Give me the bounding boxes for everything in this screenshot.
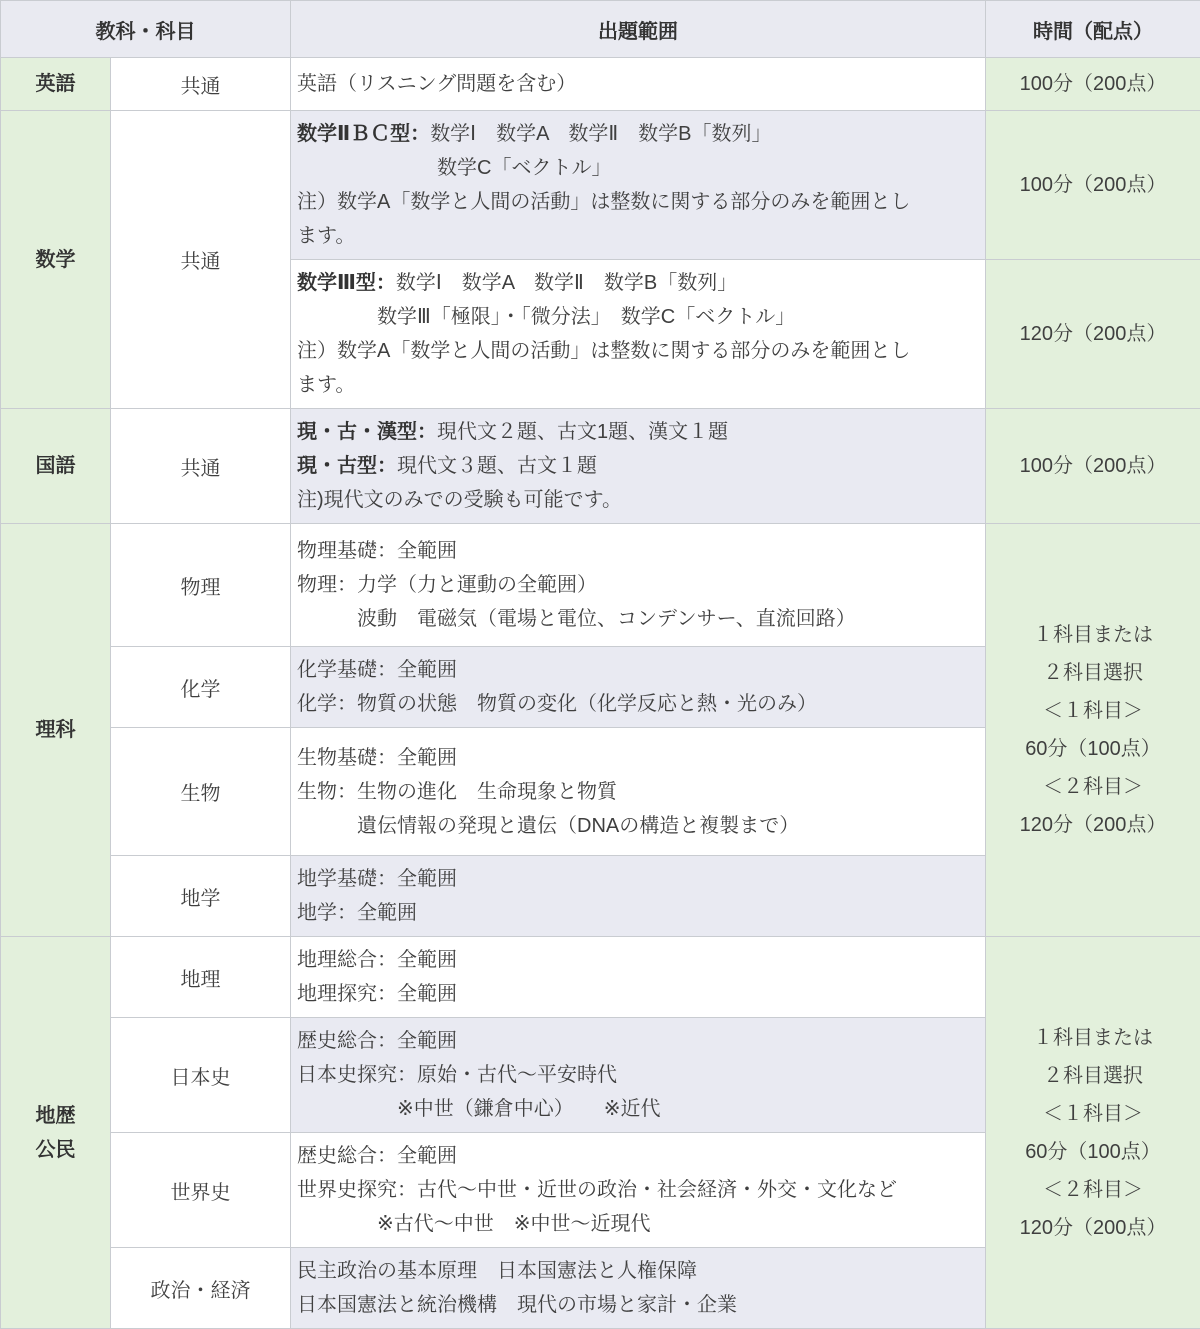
subject-label: 地歴 <box>2 1099 109 1133</box>
range-line-text: ます。 <box>297 225 355 247</box>
time-line: ２科目選択 <box>987 1057 1199 1095</box>
range-cell: 歴史総合：全範囲日本史探究：原始・古代～平安時代 ※中世（鎌倉中心） ※近代 <box>291 1018 986 1133</box>
range-line: ます。 <box>297 219 979 253</box>
range-line-text: 英語（リスニング問題を含む） <box>297 73 576 95</box>
time-line: ＜１科目＞ <box>987 1095 1199 1133</box>
course-cell: 日本史 <box>111 1018 291 1133</box>
range-line-text: 物理：力学（力と運動の全範囲） <box>297 574 597 596</box>
course-cell: 化学 <box>111 647 291 728</box>
table-row: 数学共通数学ⅡＢＣ型：数学Ⅰ 数学A 数学Ⅱ 数学B「数列」 数学C「ベクトル」… <box>1 111 1200 260</box>
subject-group-cell: 地歴公民 <box>1 937 111 1329</box>
subject-group-cell: 理科 <box>1 524 111 937</box>
time-line: １科目または <box>987 1019 1199 1057</box>
range-line: 注)現代文のみでの受験も可能です。 <box>297 483 979 517</box>
range-line: 地学：全範囲 <box>297 896 979 930</box>
range-line-text: 地学基礎：全範囲 <box>297 868 457 890</box>
range-line-text: 世界史探究：古代～中世・近世の政治・社会経済・外交・文化など <box>297 1179 897 1201</box>
range-cell: 地学基礎：全範囲地学：全範囲 <box>291 856 986 937</box>
range-line-type-label: 現・古・漢型： <box>297 421 437 443</box>
range-line: 注）数学A「数学と人間の活動」は整数に関する部分のみを範囲とし <box>297 334 979 368</box>
range-line: 日本史探究：原始・古代～平安時代 <box>297 1058 979 1092</box>
subject-label: 公民 <box>2 1133 109 1167</box>
time-cell: 100分（200点） <box>986 58 1200 111</box>
range-line-text: 歴史総合：全範囲 <box>297 1145 457 1167</box>
range-cell: 英語（リスニング問題を含む） <box>291 58 986 111</box>
table-header: 教科・科目 出題範囲 時間（配点） <box>1 1 1200 58</box>
header-range-column: 出題範囲 <box>291 1 986 58</box>
range-line-text: 注）数学A「数学と人間の活動」は整数に関する部分のみを範囲とし <box>297 340 910 362</box>
time-cell: 100分（200点） <box>986 409 1200 524</box>
subject-label: 理科 <box>2 713 109 747</box>
range-line: 数学Ⅲ「極限」・「微分法」 数学C「ベクトル」 <box>297 300 979 334</box>
range-line: 地学基礎：全範囲 <box>297 862 979 896</box>
range-line: 日本国憲法と統治機構 現代の市場と家計・企業 <box>297 1288 979 1322</box>
range-line: ※中世（鎌倉中心） ※近代 <box>297 1092 979 1126</box>
course-cell: 世界史 <box>111 1133 291 1248</box>
range-line-text: ※古代～中世 ※中世～近現代 <box>297 1213 651 1235</box>
range-line-text: 数学Ⅲ「極限」・「微分法」 数学C「ベクトル」 <box>297 306 795 328</box>
range-line-type-label: 数学ⅡＢＣ型： <box>297 123 430 145</box>
subject-group-cell: 英語 <box>1 58 111 111</box>
range-line-text: 地学：全範囲 <box>297 902 417 924</box>
range-line: 歴史総合：全範囲 <box>297 1024 979 1058</box>
table-body: 英語共通英語（リスニング問題を含む）100分（200点）数学共通数学ⅡＢＣ型：数… <box>1 58 1200 1329</box>
course-cell: 地理 <box>111 937 291 1018</box>
table-row: 地歴公民地理地理総合：全範囲地理探究：全範囲１科目または２科目選択＜１科目＞60… <box>1 937 1200 1018</box>
range-line-text: 地理総合：全範囲 <box>297 949 457 971</box>
time-line: 60分（100点） <box>987 730 1199 768</box>
range-line: 現・古型：現代文３題、古文１題 <box>297 449 979 483</box>
range-line: 物理：力学（力と運動の全範囲） <box>297 568 979 602</box>
range-line: ます。 <box>297 368 979 402</box>
range-line-text: 数学Ⅰ 数学A 数学Ⅱ 数学B「数列」 <box>396 272 737 294</box>
time-cell: 100分（200点） <box>986 111 1200 260</box>
range-line: 数学Ⅲ型：数学Ⅰ 数学A 数学Ⅱ 数学B「数列」 <box>297 266 979 300</box>
range-cell: 生物基礎：全範囲生物：生物の進化 生命現象と物質 遺伝情報の発現と遺伝（DNAの… <box>291 728 986 856</box>
range-cell: 化学基礎：全範囲化学：物質の状態 物質の変化（化学反応と熱・光のみ） <box>291 647 986 728</box>
subject-label: 国語 <box>2 449 109 483</box>
range-cell: 現・古・漢型：現代文２題、古文1題、漢文１題現・古型：現代文３題、古文１題注)現… <box>291 409 986 524</box>
range-line-text: 日本国憲法と統治機構 現代の市場と家計・企業 <box>297 1294 737 1316</box>
time-cell: １科目または２科目選択＜１科目＞60分（100点）＜２科目＞120分（200点） <box>986 524 1200 937</box>
course-cell: 政治・経済 <box>111 1248 291 1329</box>
range-line-text: 地理探究：全範囲 <box>297 983 457 1005</box>
range-line: 化学：物質の状態 物質の変化（化学反応と熱・光のみ） <box>297 687 979 721</box>
range-line-type-label: 現・古型： <box>297 455 397 477</box>
time-cell: １科目または２科目選択＜１科目＞60分（100点）＜２科目＞120分（200点） <box>986 937 1200 1329</box>
range-line: 注）数学A「数学と人間の活動」は整数に関する部分のみを範囲とし <box>297 185 979 219</box>
range-cell: 歴史総合：全範囲世界史探究：古代～中世・近世の政治・社会経済・外交・文化など ※… <box>291 1133 986 1248</box>
course-cell: 共通 <box>111 111 291 409</box>
subject-group-cell: 数学 <box>1 111 111 409</box>
range-line: 歴史総合：全範囲 <box>297 1139 979 1173</box>
range-line-text: ます。 <box>297 374 355 396</box>
range-line-text: 生物：生物の進化 生命現象と物質 <box>297 781 617 803</box>
range-line: 現・古・漢型：現代文２題、古文1題、漢文１題 <box>297 415 979 449</box>
range-line-text: 数学Ⅰ 数学A 数学Ⅱ 数学B「数列」 <box>430 123 771 145</box>
range-line-text: 生物基礎：全範囲 <box>297 747 457 769</box>
range-line: 波動 電磁気（電場と電位、コンデンサー、直流回路） <box>297 602 979 636</box>
range-line-text: 歴史総合：全範囲 <box>297 1030 457 1052</box>
range-line: 地理総合：全範囲 <box>297 943 979 977</box>
range-line-text: 化学基礎：全範囲 <box>297 659 457 681</box>
range-line: 民主政治の基本原理 日本国憲法と人権保障 <box>297 1254 979 1288</box>
course-cell: 生物 <box>111 728 291 856</box>
range-line-type-label: 数学Ⅲ型： <box>297 272 396 294</box>
range-line-text: 注）数学A「数学と人間の活動」は整数に関する部分のみを範囲とし <box>297 191 910 213</box>
header-subject-column: 教科・科目 <box>1 1 291 58</box>
header-time-column: 時間（配点） <box>986 1 1200 58</box>
range-line: 英語（リスニング問題を含む） <box>297 67 979 101</box>
course-cell: 共通 <box>111 58 291 111</box>
table-row: 英語共通英語（リスニング問題を含む）100分（200点） <box>1 58 1200 111</box>
header-row: 教科・科目 出題範囲 時間（配点） <box>1 1 1200 58</box>
subject-group-cell: 国語 <box>1 409 111 524</box>
time-line: 60分（100点） <box>987 1133 1199 1171</box>
range-line-text: 波動 電磁気（電場と電位、コンデンサー、直流回路） <box>297 608 856 630</box>
subject-label: 英語 <box>2 67 109 101</box>
time-line: ＜２科目＞ <box>987 1171 1199 1209</box>
exam-subjects-table: 教科・科目 出題範囲 時間（配点） 英語共通英語（リスニング問題を含む）100分… <box>0 0 1200 1329</box>
time-line: 120分（200点） <box>987 1209 1199 1247</box>
time-line: １科目または <box>987 616 1199 654</box>
range-line: 数学ⅡＢＣ型：数学Ⅰ 数学A 数学Ⅱ 数学B「数列」 <box>297 117 979 151</box>
range-line: 遺伝情報の発現と遺伝（DNAの構造と複製まで） <box>297 809 979 843</box>
subject-label: 数学 <box>2 243 109 277</box>
range-line-text: 数学C「ベクトル」 <box>297 157 611 179</box>
time-line: 120分（200点） <box>987 806 1199 844</box>
range-line-text: ※中世（鎌倉中心） ※近代 <box>297 1098 661 1120</box>
time-line: ２科目選択 <box>987 654 1199 692</box>
range-line-text: 遺伝情報の発現と遺伝（DNAの構造と複製まで） <box>297 815 799 837</box>
range-line: 生物基礎：全範囲 <box>297 741 979 775</box>
course-cell: 物理 <box>111 524 291 647</box>
range-line-text: 物理基礎：全範囲 <box>297 540 457 562</box>
range-cell: 数学Ⅲ型：数学Ⅰ 数学A 数学Ⅱ 数学B「数列」 数学Ⅲ「極限」・「微分法」 数… <box>291 260 986 409</box>
range-cell: 地理総合：全範囲地理探究：全範囲 <box>291 937 986 1018</box>
range-line: 世界史探究：古代～中世・近世の政治・社会経済・外交・文化など <box>297 1173 979 1207</box>
time-line: ＜２科目＞ <box>987 768 1199 806</box>
range-line-text: 民主政治の基本原理 日本国憲法と人権保障 <box>297 1260 697 1282</box>
range-cell: 民主政治の基本原理 日本国憲法と人権保障日本国憲法と統治機構 現代の市場と家計・… <box>291 1248 986 1329</box>
range-line-text: 現代文２題、古文1題、漢文１題 <box>437 421 728 443</box>
range-line-text: 注)現代文のみでの受験も可能です。 <box>297 489 622 511</box>
range-line: 数学C「ベクトル」 <box>297 151 979 185</box>
range-line-text: 日本史探究：原始・古代～平安時代 <box>297 1064 617 1086</box>
range-line-text: 化学：物質の状態 物質の変化（化学反応と熱・光のみ） <box>297 693 817 715</box>
range-line: ※古代～中世 ※中世～近現代 <box>297 1207 979 1241</box>
range-line: 物理基礎：全範囲 <box>297 534 979 568</box>
range-cell: 物理基礎：全範囲物理：力学（力と運動の全範囲） 波動 電磁気（電場と電位、コンデ… <box>291 524 986 647</box>
range-line: 化学基礎：全範囲 <box>297 653 979 687</box>
time-cell: 120分（200点） <box>986 260 1200 409</box>
course-cell: 共通 <box>111 409 291 524</box>
table-row: 理科物理物理基礎：全範囲物理：力学（力と運動の全範囲） 波動 電磁気（電場と電位… <box>1 524 1200 647</box>
course-cell: 地学 <box>111 856 291 937</box>
table-row: 国語共通現・古・漢型：現代文２題、古文1題、漢文１題現・古型：現代文３題、古文１… <box>1 409 1200 524</box>
range-line-text: 現代文３題、古文１題 <box>397 455 597 477</box>
range-line: 地理探究：全範囲 <box>297 977 979 1011</box>
range-line: 生物：生物の進化 生命現象と物質 <box>297 775 979 809</box>
range-cell: 数学ⅡＢＣ型：数学Ⅰ 数学A 数学Ⅱ 数学B「数列」 数学C「ベクトル」注）数学… <box>291 111 986 260</box>
time-line: ＜１科目＞ <box>987 692 1199 730</box>
